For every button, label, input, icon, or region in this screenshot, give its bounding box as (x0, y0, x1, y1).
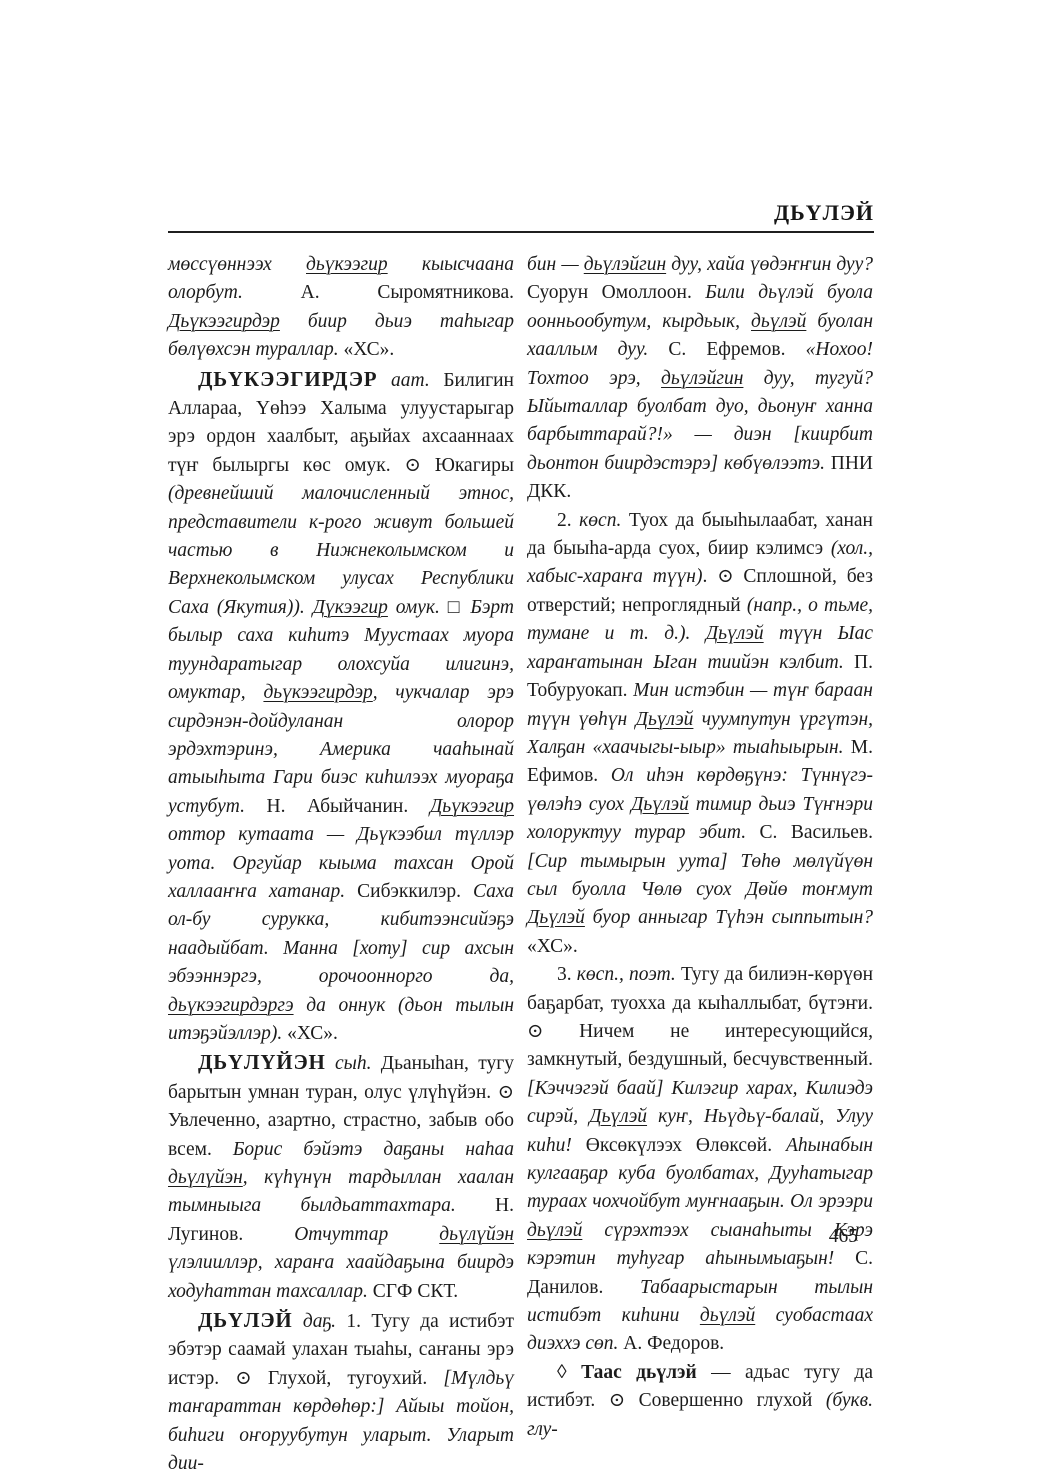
dictionary-paragraph: 2. көсп. Туох да быыһылаабат, ханан да б… (527, 507, 873, 962)
header-rule (168, 231, 874, 233)
text-run: сыһ. (326, 1053, 381, 1074)
text-run: «ХС». (527, 936, 578, 957)
text-run: буор анныгар Түһэн сыппытын? (585, 907, 873, 928)
text-run: дьүлэй (751, 311, 806, 332)
column-right: бин — дьүлэйгин дуу, хайа үөдэҥҥин дуу? … (527, 251, 873, 1473)
text-run: үлэлииллэр, хараҥа хаайдаҕына биирдэ ход… (168, 1252, 514, 1301)
text-run: көсп. (579, 510, 629, 531)
text-run: СГФ СКТ. (373, 1281, 458, 1302)
text-run: Борис бэйэтэ даҕаны наһаа (233, 1139, 514, 1160)
text-run: 3. (557, 964, 577, 985)
text-run: Суорун Омоллоон. (527, 282, 705, 303)
text-run: □ (448, 597, 471, 618)
text-run: дьүлэй (700, 1305, 755, 1326)
text-run: Сибэккилэр. (357, 881, 473, 902)
text-run: аат. (377, 370, 443, 391)
dictionary-paragraph: бин — дьүлэйгин дуу, хайа үөдэҥҥин дуу? … (527, 251, 873, 507)
text-run: Дьүлэй (527, 907, 585, 928)
headword: ДЬҮЛЭЙ (198, 1308, 293, 1332)
text-run: даҕ. (293, 1311, 347, 1332)
dictionary-paragraph: 3. көсп., поэт. Тугу да билиэн-көрүөн ба… (527, 961, 873, 1359)
text-columns: мөссүөннээх дьүкээгир кыысчаана олорбут.… (168, 251, 874, 1473)
text-run: дьүлэйгин (661, 368, 743, 389)
text-run: А. Федоров. (623, 1333, 724, 1354)
text-run: Дүкээгир (313, 597, 388, 618)
text-run: Таас дьүлэй (581, 1362, 697, 1383)
text-run: Дьүлэй (706, 623, 764, 644)
text-run: Дьүлэй (631, 794, 689, 815)
dictionary-page: ДЬҮЛЭЙ мөссүөннээх дьүкээгир кыысчаана о… (0, 0, 1040, 1473)
text-run: С. Ефремов. (668, 339, 805, 360)
text-run: Дьүкээгирдэр (168, 311, 280, 332)
text-run: дьүкээгирдэр (263, 682, 372, 703)
text-run: «ХС». (344, 339, 395, 360)
text-run: [Сир тымырын уута] Төһө мөлүйүөн сыл буо… (527, 851, 873, 900)
text-run: ◊ (557, 1362, 581, 1383)
dictionary-paragraph: ДЬҮКЭЭГИРДЭР аат. Билигин Аллараа, Үөһээ… (168, 365, 514, 1049)
text-run: Дьүлэй (589, 1106, 647, 1127)
text-run: Өксөкүлээх Өлөксөй. (586, 1135, 786, 1156)
dictionary-paragraph: мөссүөннээх дьүкээгир кыысчаана олорбут.… (168, 251, 514, 365)
text-run: «ХС». (287, 1023, 338, 1044)
text-run: көсп., поэт. (577, 964, 681, 985)
column-left: мөссүөннээх дьүкээгир кыысчаана олорбут.… (168, 251, 514, 1473)
text-run: 2. (557, 510, 579, 531)
page-number: 465 (168, 1226, 858, 1248)
text-run: бин — (527, 254, 584, 275)
text-run: дьүкээгирдэргэ (168, 995, 294, 1016)
text-run: омук. (388, 597, 448, 618)
headword: ДЬҮКЭЭГИРДЭР (198, 367, 377, 391)
headword: ДЬҮЛҮЙЭН (198, 1050, 326, 1074)
text-run: дьүлүйэн (168, 1167, 243, 1188)
text-run: дьүлэйгин (584, 254, 666, 275)
text-run: Дьүкээгир (430, 796, 514, 817)
text-run: дьүкээгир (306, 254, 388, 275)
dictionary-paragraph: ДЬҮЛҮЙЭН сыһ. Дьаныһан, тугу барытын умн… (168, 1048, 514, 1306)
dictionary-paragraph: ◊ Таас дьүлэй — адьас тугу да истибэт. ⊙… (527, 1359, 873, 1444)
text-run: Дьүлэй (636, 709, 694, 730)
text-run: мөссүөннээх (168, 254, 306, 275)
running-head-title: ДЬҮЛЭЙ (168, 200, 874, 226)
text-run: А. Сыромятникова. (301, 282, 514, 303)
text-run: дуу, хайа үөдэҥҥин дуу? (666, 254, 873, 275)
dictionary-paragraph: ДЬҮЛЭЙ даҕ. 1. Тугу да истибэт эбэтэр са… (168, 1306, 514, 1473)
text-run: Н. Абыйчанин. (267, 796, 430, 817)
text-run: С. Васильев. (760, 822, 873, 843)
